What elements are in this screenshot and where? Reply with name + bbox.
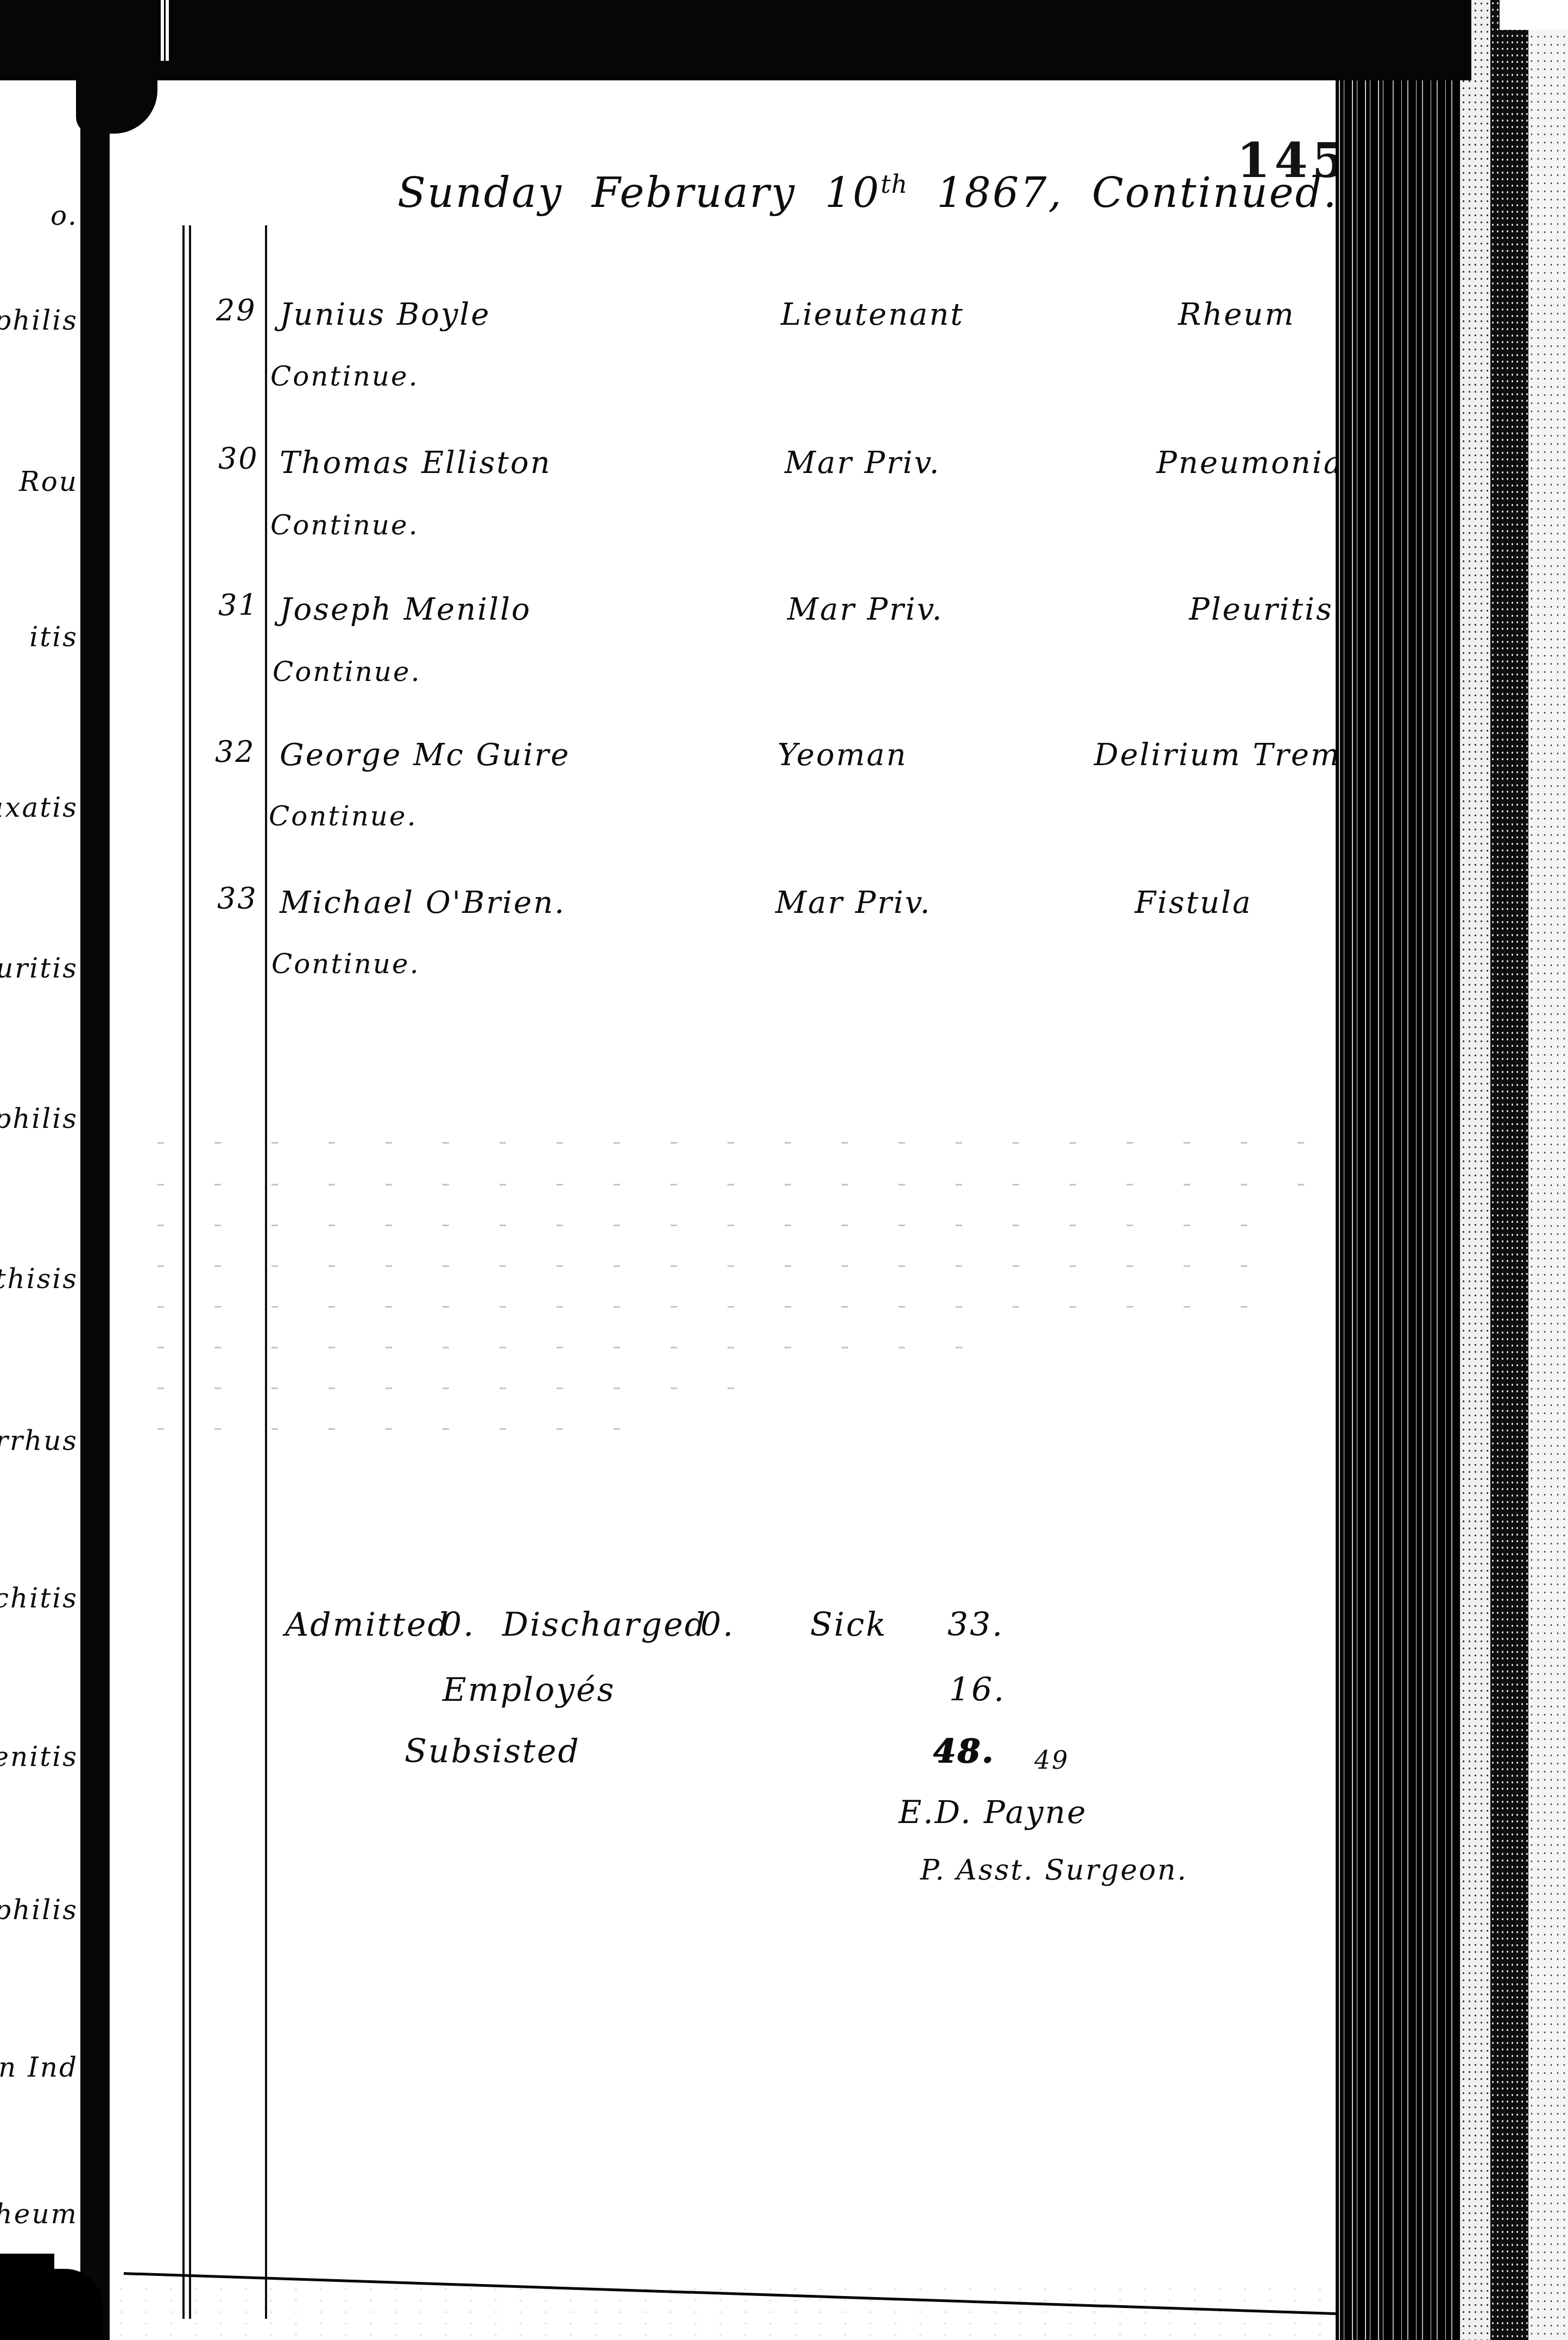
- facing-fragment: onchitis: [0, 1585, 78, 1612]
- entry-number: 29: [216, 296, 257, 325]
- entry-number: 32: [215, 737, 256, 767]
- page-edge-speckle-light: [1460, 0, 1490, 2340]
- ruled-line: [157, 1225, 1298, 1226]
- employees-label: Employés: [442, 1674, 616, 1706]
- page-edge-speckle-light: [1528, 0, 1568, 2340]
- scan-top-notch-line: [164, 0, 166, 61]
- header-date-ordinal: th: [881, 169, 908, 199]
- book-binding-page-edges: [1336, 0, 1568, 2340]
- ruled-line: [157, 1306, 1270, 1308]
- admitted-label: Admitted: [285, 1609, 450, 1641]
- entry-rank: Mar Priv.: [775, 888, 931, 918]
- facing-fragment: philis: [0, 307, 78, 334]
- signature-name: E.D. Payne: [899, 1796, 1088, 1828]
- entry-name: Junius Boyle: [280, 300, 491, 330]
- ledger-vertical-rule: [182, 225, 185, 2319]
- ruled-line: [157, 1387, 755, 1389]
- page-edge-speckle-dark: [1490, 0, 1528, 2340]
- page-edge-stripes: [1336, 0, 1387, 2340]
- entry-number: 33: [217, 884, 258, 913]
- entry-name: Thomas Elliston: [280, 448, 552, 478]
- entry-name: George Mc Guire: [280, 740, 570, 771]
- facing-page-edge: o. philis Rou itis luxatis euritis yphil…: [0, 0, 80, 2340]
- scanned-ledger-page: { "page": { "number": "145", "header": {…: [0, 0, 1568, 2340]
- entry-rank: Lieutenant: [781, 300, 964, 330]
- scan-top-border: [0, 0, 1471, 80]
- entry-disease: Rheum: [1178, 300, 1295, 330]
- discharged-value: 0.: [700, 1609, 735, 1641]
- entry-disease: Pleuritis: [1189, 595, 1333, 625]
- entry-disease: Fistula: [1135, 888, 1252, 918]
- ruled-line: [157, 1184, 1308, 1185]
- entry-number: 30: [218, 444, 259, 474]
- page-header-date: Sunday February 10th 1867, Continued.: [397, 172, 1338, 213]
- entry-name: Michael O'Brien.: [280, 888, 566, 918]
- header-date-suffix: 1867, Continued.: [908, 168, 1338, 217]
- entry-rank: Mar Priv.: [785, 448, 940, 478]
- entry-rank: Yeoman: [777, 740, 908, 771]
- scan-corner-highlight: [1500, 0, 1568, 30]
- ruled-line: [157, 1347, 972, 1348]
- entry-note: Continue.: [273, 658, 421, 685]
- page-edge-stripes: [1387, 0, 1460, 2340]
- admitted-value: 0.: [441, 1609, 475, 1641]
- facing-fragment: Rheum: [0, 2200, 78, 2228]
- employees-value: 16.: [949, 1674, 1006, 1706]
- entry-note: Continue.: [270, 512, 419, 539]
- entry-note: Continue.: [269, 803, 418, 830]
- entry-disease: Pneumonia: [1156, 448, 1343, 478]
- facing-fragment: itis: [29, 623, 78, 651]
- entry-note: Continue.: [271, 950, 420, 977]
- entry-rank: Mar Priv.: [787, 595, 943, 625]
- ledger-vertical-rule: [265, 225, 267, 2319]
- entry-number: 31: [218, 591, 259, 620]
- ruled-line: [157, 1265, 1276, 1267]
- sick-label: Sick: [810, 1609, 887, 1641]
- facing-fragment: lenitis: [0, 1743, 78, 1770]
- facing-fragment: luxatis: [0, 794, 78, 821]
- facing-fragment: uln Ind: [0, 2054, 78, 2081]
- ruled-line: [157, 1428, 646, 1430]
- facing-fragment: thisis: [0, 1265, 78, 1292]
- ledger-vertical-rule: [189, 225, 191, 2319]
- signature-title: P. Asst. Surgeon.: [920, 1856, 1188, 1884]
- discharged-label: Discharged: [502, 1609, 707, 1641]
- facing-fragment: tarrhus: [0, 1427, 78, 1454]
- header-date-prefix: Sunday February 10: [397, 168, 881, 217]
- sick-value: 33.: [947, 1609, 1004, 1641]
- ruled-line: [157, 1142, 1325, 1144]
- facing-fragment: yphilis: [0, 1105, 78, 1132]
- entry-name: Joseph Menillo: [280, 595, 532, 625]
- facing-fragment: Rou: [19, 468, 78, 495]
- facing-fragment: o.: [50, 202, 78, 229]
- book-gutter-shadow: [80, 76, 110, 2340]
- subsisted-value: 48.: [933, 1735, 994, 1768]
- facing-fragment: Syphilis: [0, 1896, 78, 1923]
- facing-fragment: euritis: [0, 955, 78, 982]
- subsisted-label: Subsisted: [404, 1735, 580, 1768]
- entry-note: Continue.: [270, 363, 419, 390]
- subsisted-correction: 49: [1034, 1748, 1070, 1773]
